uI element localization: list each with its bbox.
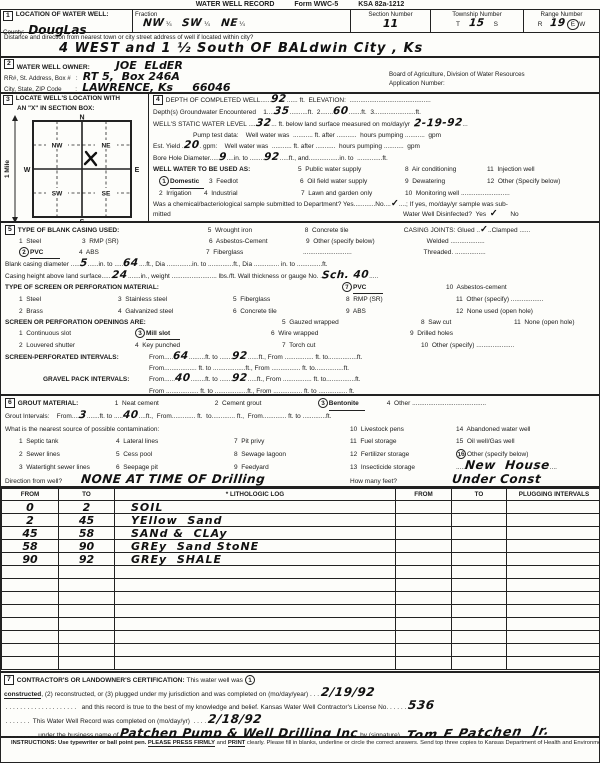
sample-submitted-line: Was a chemical/bacteriological sample su… [153,200,599,211]
screen-perforated-intervals-line2: From.................. ft. to ..........… [5,363,599,374]
header-to-1: TO [59,489,115,501]
section-number-cell: Section Number 11 [351,10,431,32]
form-text: Water Well Disinfected? Yes [403,211,490,218]
section-2-number: 2 [4,59,14,69]
lithologic-log-table: FROM TO * LITHOLOGIC LOG FROM TO PLUGGIN… [0,487,600,672]
casing-options-line1: 1 Steel3 RMP (SR)6 Asbestos-Cement9 Othe… [5,236,599,247]
form-text: 12 None used (open hole) [456,308,533,315]
groundwater-depths-line: Depth(s) Groundwater Encountered 1....35… [153,107,599,119]
handwritten-value: Under Const [452,475,542,484]
form-text: 13 Insecticide storage [350,462,456,475]
screen-material-header-line: TYPE OF SCREEN OR PERFORATION MATERIAL:7… [5,282,599,294]
form-text: 3 Stainless steel [118,294,233,305]
form-text: mitted [153,210,403,221]
hand-circled-letter: E [566,18,580,31]
handwritten-value: NE [220,19,238,27]
selected-option-label: Mill slot [146,328,180,340]
litho-from-cell [2,644,59,657]
header-plugging-intervals: PLUGGING INTERVALS [507,489,600,501]
north-label: N [79,114,84,121]
form-heading-text: GROUT MATERIAL: [18,398,115,411]
fraction-value: NW ¼ SW ¼ NE ¼ [135,19,348,29]
plugging-interval-cell [507,579,600,592]
screen-material-options-line1: 1 Steel3 Stainless steel5 Fiberglass8 RM… [5,294,599,305]
distance-row: Distance and direction from nearest town… [1,33,599,57]
handwritten-value: 15 [469,19,485,27]
form-heading-text: SCREEN-PERFORATED INTERVALS: [5,352,149,363]
handwritten-x-mark [85,152,96,165]
form-text: CASING JOINTS: Glued .. [404,227,480,234]
handwritten-value: 20 [183,141,199,149]
form-text: 10 Asbestos-cement [446,284,507,291]
owner-fields: 2WATER WELL OWNER:JOE ELdER RR#, St. Add… [1,58,389,92]
section-1-title-text: LOCATION OF WATER WELL: [16,11,109,18]
sw-quadrant-label: SW [52,190,63,197]
handwritten-value: 40 [175,374,191,382]
form-text: .....ft., and.................in. to ...… [280,155,388,162]
screen-perforated-intervals-line1: SCREEN-PERFORATED INTERVALS:From.....64.… [5,352,599,363]
screen-openings-options-line2: 2 Louvered shutter4 Key punched7 Torch c… [5,340,599,351]
plugging-interval-cell [507,618,600,631]
plugging-interval-cell [396,644,452,657]
section-grout-and-contamination: 6GROUT MATERIAL:1 Neat cement2 Cement gr… [0,395,600,487]
handwritten-value: 64 [123,259,139,267]
section-7-number: 7 [4,675,14,685]
form-text: 4 Other ................................… [387,400,486,407]
water-well-record-form: WATER WELL RECORD Form WWC-5 KSA 82a-121… [0,0,600,763]
form-text: 6 Concrete tile [233,306,346,317]
form-text: 8 RMP (SR) [346,294,456,305]
plugging-interval-cell [396,540,452,553]
casing-height-line: Casing height above land surface......24… [5,271,599,282]
litho-from-cell [2,579,59,592]
form-text: 9 Dewatering [405,177,487,188]
selected-option-label: PVC [30,247,60,259]
instructions-paragraph: INSTRUCTIONS: Use typewriter or ball poi… [11,740,589,747]
handwritten-value: 2-19-92 [413,118,463,127]
litho-log-cell [115,579,396,592]
application-number-label: Application Number: [389,79,595,88]
county-value: DougLas [28,25,86,34]
owner-address-row: RR#, St. Address, Box # : RT 5, Box 246A [4,70,386,81]
distance-value: 4 WEST and 1 ½ South OF BALdwin City , K… [4,42,596,56]
handwritten-value: 92 [232,374,248,382]
litho-log-cell: SANd & CLAy [115,527,396,540]
form-text: 6 Oil field water supply [300,177,405,188]
form-text: Blank casing diameter ..... [5,261,80,268]
plugging-interval-cell [396,579,452,592]
handwritten-checkmark: ✓ [480,226,488,234]
form-text: 9 Drilled holes [410,330,453,337]
handwritten-value: NW [143,19,165,27]
plugging-interval-cell [452,631,507,644]
litho-log-cell: GREy Sand StoNE [115,540,396,553]
litho-from-cell [2,631,59,644]
township-number-value: T 15 S [433,19,521,29]
owner-name-row: 2WATER WELL OWNER:JOE ELdER [4,59,386,70]
litho-log-cell [115,618,396,631]
section-box-diagram: 1 Mile NW NE SW SE N S W E [3,113,147,225]
lithologic-table-row [2,657,600,670]
form-text: From .................. ft. to .........… [149,388,355,395]
selected-option-label: PLEASE PRESS FIRMLY [148,740,215,747]
form-text: 9 ABS [346,306,456,317]
circled-option-number: 2 [19,247,30,258]
form-text: ....ft., From............. ft. to.......… [139,413,332,420]
form-text: .....ft., From ................ ft. to..… [248,376,361,383]
header-lithologic-log: * LITHOLOGIC LOG [115,489,396,501]
form-text: From.................. ft. to ..........… [149,365,349,372]
plugging-interval-cell [396,501,452,514]
plugging-interval-cell [507,631,600,644]
section-casing-and-screen: 5TYPE OF BLANK CASING USED:5 Wrought iro… [0,222,600,395]
form-text: 10 Other (specify) ..................... [421,342,514,349]
section-well-owner: 2WATER WELL OWNER:JOE ELdER RR#, St. Add… [0,57,600,93]
table-header-row: FROM TO * LITHOLOGIC LOG FROM TO PLUGGIN… [2,489,600,501]
form-text: 1 Continuous slot [19,328,135,339]
form-text: ........................... [303,247,402,258]
circled-option-number: 7 [342,281,353,292]
form-text: 14 Abandoned water well [456,426,530,433]
plugging-interval-cell [396,566,452,579]
handwritten-value: 64 [173,352,189,360]
litho-to-cell [59,592,115,605]
form-text: Bore Hole Diameter..... [153,155,219,162]
screen-openings-options-line1: 1 Continuous slot3Mill slot6 Wire wrappe… [5,328,599,340]
water-use-options-line1: 1Domestic3 Feedlot6 Oil field water supp… [153,176,599,189]
contamination-options-line1: 1 Septic tank4 Lateral lines7 Pit privy1… [5,436,599,449]
form-text: ....in. to ........ [227,155,265,162]
form-text: W [579,21,585,28]
lithologic-table-row: 5890GREy Sand StoNE [2,540,600,553]
form-text: ... ft. below land surface measured on m… [271,121,413,128]
litho-to-cell: 2 [59,501,115,514]
litho-to-cell [59,579,115,592]
litho-log-cell [115,657,396,670]
plugging-interval-cell [507,644,600,657]
lithologic-table-row: 4558SANd & CLAy [2,527,600,540]
handwritten-value: 60 [333,107,349,115]
litho-from-cell [2,618,59,631]
range-number-cell: Range Number R 19 EW [524,10,599,32]
litho-to-cell: 92 [59,553,115,566]
form-title-bar: WATER WELL RECORD Form WWC-5 KSA 82a-121… [0,0,600,9]
form-text: ¼ [203,21,221,28]
handwritten-value: 24 [112,271,128,279]
form-text: 2 Brass [19,306,118,317]
form-text: 11 Fuel storage [350,436,456,449]
form-text: 10 Monitoring well .....................… [405,190,510,197]
form-text: 7 Fiberglass [206,247,303,258]
lithologic-table-row [2,566,600,579]
form-text: ......ft., From ................ ft. to.… [248,354,363,361]
blank-casing-header-segments: TYPE OF BLANK CASING USED:5 Wrought iron… [18,227,530,234]
form-text: ¼ [164,21,182,28]
casing-diameter-line: Blank casing diameter .....5......in. to… [5,259,599,270]
west-label: W [24,167,31,174]
form-text: 5 Fiberglass [233,294,346,305]
form-text: 12 Other (Specify below) [487,178,560,185]
handwritten-value: 19 [549,19,565,27]
lithologic-table-row [2,605,600,618]
form-text: 11 None (open hole) [514,319,575,326]
lithologic-table-body: 02SOIL245YEllow Sand4558SANd & CLAy5890G… [2,501,600,670]
se-quadrant-label: SE [102,190,111,197]
plugging-interval-cell [452,540,507,553]
form-text: 7 Pit privy [234,436,350,449]
form-text: .........ft. to ....... [189,354,232,361]
lithologic-table-row: 02SOIL [2,501,600,514]
form-text: 1 Steel [19,294,118,305]
plugging-interval-cell [507,553,600,566]
form-text: From..... [149,354,173,361]
litho-from-cell [2,566,59,579]
form-text: 3 RMP (SR) [82,236,209,247]
form-text: . gpm: Well water was ........... ft. af… [199,143,420,150]
form-text: Pump test data: Well water was .........… [193,132,441,139]
section-6-number: 6 [5,398,15,408]
litho-to-cell: 90 [59,540,115,553]
form-text: 2 Irrigation [159,189,204,200]
range-number-value: R 19 EW [526,19,597,30]
plugging-interval-cell [507,657,600,670]
form-text: DEPTH OF COMPLETED WELL...... [166,97,271,104]
litho-to-cell: 45 [59,514,115,527]
litho-to-cell [59,657,115,670]
plugging-interval-cell [452,605,507,618]
screen-material-options-line2: 2 Brass4 Galvanized steel6 Concrete tile… [5,306,599,317]
handwritten-value: 2/18/92 [208,715,263,724]
form-text: 9 Other (specify below) [306,236,405,247]
fraction-cell: Fraction NW ¼ SW ¼ NE ¼ [133,10,351,32]
plugging-interval-cell [396,514,452,527]
section-depth-of-well: 4DEPTH OF COMPLETED WELL......92...... f… [149,94,599,221]
plugging-interval-cell [452,527,507,540]
form-text: What is the nearest source of possible c… [5,424,350,437]
form-text: ....ft., Dia ..............in. to ......… [139,261,328,268]
form-text: 8 Air conditioning [405,165,487,176]
lithologic-table-row: 245YEllow Sand [2,514,600,527]
section-number-value: 11 [353,19,428,28]
handwritten-value: SW [182,19,203,27]
lithologic-table-row [2,631,600,644]
water-use-options-line2: 2 Irrigation4 Industrial7 Lawn and garde… [153,189,599,200]
form-statute: KSA 82a-1212 [358,1,404,8]
litho-to-cell [59,631,115,644]
form-text: ...... ft. ELEVATION: ..................… [287,97,431,104]
grout-material-line: 6GROUT MATERIAL:1 Neat cement2 Cement gr… [5,398,599,412]
litho-to-cell [59,566,115,579]
lithologic-table-row [2,592,600,605]
form-text: No [498,211,519,218]
form-text: ......in. to ..... [88,261,124,268]
form-text: 15 Oil well/Gas well [456,438,515,445]
handwritten-value: 92 [271,95,287,103]
lithologic-table-row [2,618,600,631]
form-text: ..Clamped ...... [488,227,530,234]
static-water-level-line: WELL'S STATIC WATER LEVEL ....32... ft. … [153,119,599,131]
gravel-pack-intervals-line1: GRAVEL PACK INTERVALS:From......40......… [5,374,599,385]
certification-segments: CONTRACTOR'S OR LANDOWNER'S CERTIFICATIO… [4,677,550,739]
form-text: 3 Feedlot [209,177,300,188]
blank-casing-header-line: 5TYPE OF BLANK CASING USED:5 Wrought iro… [5,225,599,236]
owner-name-value: JOE ELdER [116,61,183,70]
litho-log-cell [115,605,396,618]
form-text: 2 Sewer lines [19,449,116,462]
plugging-interval-cell [396,631,452,644]
form-text: 12 Fertilizer storage [350,449,456,462]
section-certification: 7CONTRACTOR'S OR LANDOWNER'S CERTIFICATI… [0,672,600,737]
form-title: WATER WELL RECORD [196,1,275,8]
section-5-number: 5 [5,225,15,235]
selected-option-label: PVC [353,282,383,294]
plugging-interval-cell [452,644,507,657]
east-label: E [135,167,140,174]
form-text: 5 Wrought iron [208,225,305,236]
depth-completed-segments: DEPTH OF COMPLETED WELL......92...... ft… [166,97,431,104]
lithologic-table-row [2,644,600,657]
form-text: Casing height above land surface...... [5,273,112,280]
plugging-interval-cell [507,527,600,540]
form-text: Depth(s) Groundwater Encountered 1.... [153,109,274,116]
section-locate-x-box: 3LOCATE WELL'S LOCATION WITH AN "X" IN S… [1,94,149,221]
form-text: clearly. Please fill in blanks, underlin… [245,740,600,746]
form-text: 5 Cess pool [116,449,234,462]
fraction-label: Fraction [135,11,348,19]
handwritten-value: 92 [232,352,248,360]
grout-material-segments: GROUT MATERIAL:1 Neat cement2 Cement gro… [18,400,486,407]
form-text: This water well was [186,677,244,684]
lithologic-table-row: 9092GREy SHALE [2,553,600,566]
handwritten-value: New House [465,461,551,470]
form-heading-text: CONTRACTOR'S OR LANDOWNER'S CERTIFICATIO… [17,677,187,684]
header-to-2: TO [452,489,507,501]
handwritten-value: 3 [79,411,88,419]
form-text: Welded ................... [405,238,485,245]
form-text: 4 ABS [79,247,206,258]
city-value: LAWRENCE, Ks 66046 [82,83,230,92]
litho-log-cell: SOIL [115,501,396,514]
form-text: . . . . . . . . . . . . . . . . . . . . … [4,704,408,711]
city-label: City, State, ZIP Code : [4,86,82,93]
plugging-interval-cell [452,501,507,514]
form-text: 2 Cement grout [215,398,318,411]
handwritten-checkmark: ✓ [391,200,399,208]
litho-from-cell: 45 [2,527,59,540]
form-text: Threaded. ................. [402,249,486,256]
handwritten-value: 40 [123,411,139,419]
form-text: ... [462,121,467,128]
owner-city-row: City, State, ZIP Code : LAWRENCE, Ks 660… [4,81,386,92]
litho-to-cell [59,605,115,618]
water-use-header-line: WELL WATER TO BE USED AS:5 Public water … [153,165,599,176]
form-text: S [485,21,498,28]
litho-log-cell [115,592,396,605]
form-text: 7 Lawn and garden only [301,189,405,200]
screen-openings-header-line: SCREEN OR PERFORATION OPENINGS ARE:5 Gau… [5,317,599,328]
plugging-interval-cell [452,566,507,579]
form-text: 1 Septic tank [19,436,116,449]
section-4-number: 4 [153,95,163,105]
plugging-interval-cell [396,618,452,631]
form-text: .... [550,464,557,471]
ne-quadrant-label: NE [101,142,111,149]
plugging-interval-cell [452,592,507,605]
form-text: 8 Concrete tile [305,225,404,236]
plugging-interval-cell [452,618,507,631]
form-number: Form WWC-5 [294,1,338,8]
form-text: ........ft. to ....... [191,376,233,383]
section-3-number: 3 [3,95,13,105]
form-text: . . . . . . . This Water Well Record was… [4,718,208,725]
plugging-interval-cell [396,553,452,566]
litho-from-cell [2,605,59,618]
litho-to-cell [59,618,115,631]
casing-options-line2: 2PVC4 ABS7 Fiberglass...................… [5,247,599,259]
form-text: , (2) reconstructed, or (3) plugged unde… [41,691,321,698]
litho-to-cell [59,644,115,657]
section-3-title-text1: LOCATE WELL'S LOCATION WITH [16,95,120,102]
plugging-interval-cell [452,579,507,592]
plugging-interval-cell [507,540,600,553]
form-text: 5 Public water supply [298,165,405,176]
form-text: Was a chemical/bacteriological sample su… [153,201,391,208]
form-text: WELL'S STATIC WATER LEVEL .... [153,121,256,128]
selected-option-label: Bentonite [329,398,365,412]
form-text: 11 Injection well [487,166,535,173]
handwritten-value: 35 [274,107,290,115]
section-1-number: 1 [3,11,13,21]
selected-option-label: Domestic [170,177,204,189]
nw-quadrant-label: NW [52,142,64,149]
litho-from-cell [2,592,59,605]
circled-option-number: 1 [244,675,255,686]
plugging-interval-cell [507,592,600,605]
form-text: 4 Key punched [135,340,282,351]
plugging-interval-cell [507,501,600,514]
litho-to-cell: 58 [59,527,115,540]
section-location-of-well: 1LOCATION OF WATER WELL: County:DougLas … [0,9,600,57]
form-text: T [456,21,469,28]
county-cell: 1LOCATION OF WATER WELL: County:DougLas [1,10,133,32]
lithologic-table: FROM TO * LITHOLOGIC LOG FROM TO PLUGGIN… [1,488,600,670]
header-from-2: FROM [396,489,452,501]
form-text: 5 Gauzed wrapped [282,317,421,328]
plugging-interval-cell [396,527,452,540]
litho-from-cell: 58 [2,540,59,553]
form-heading-text: GRAVEL PACK INTERVALS: [43,374,149,385]
township-number-cell: Township Number T 15 S [431,10,524,32]
section-1-title: 1LOCATION OF WATER WELL: [3,11,130,21]
certification-paragraph: 7CONTRACTOR'S OR LANDOWNER'S CERTIFICATI… [4,675,596,743]
form-text: ....; If yes, mo/day/yr sample was sub- [399,201,508,208]
form-heading-text: WELL WATER TO BE USED AS: [153,165,298,176]
handwritten-value: NONE AT TIME OF Drilling [81,475,351,484]
litho-log-cell: YEllow Sand [115,514,396,527]
form-heading-text: TYPE OF SCREEN OR PERFORATION MATERIAL: [5,282,342,293]
litho-from-cell: 0 [2,501,59,514]
litho-from-cell: 90 [2,553,59,566]
litho-log-cell [115,631,396,644]
selected-option-label: PRINT [228,740,245,747]
plugging-interval-cell [452,553,507,566]
circled-option-number: 1 [159,175,170,186]
plugging-interval-cell [507,514,600,527]
plugging-interval-cell [396,605,452,618]
form-text: R [538,21,550,28]
form-text: 4 Industrial [204,189,301,200]
mile-arrow-up [12,115,18,121]
